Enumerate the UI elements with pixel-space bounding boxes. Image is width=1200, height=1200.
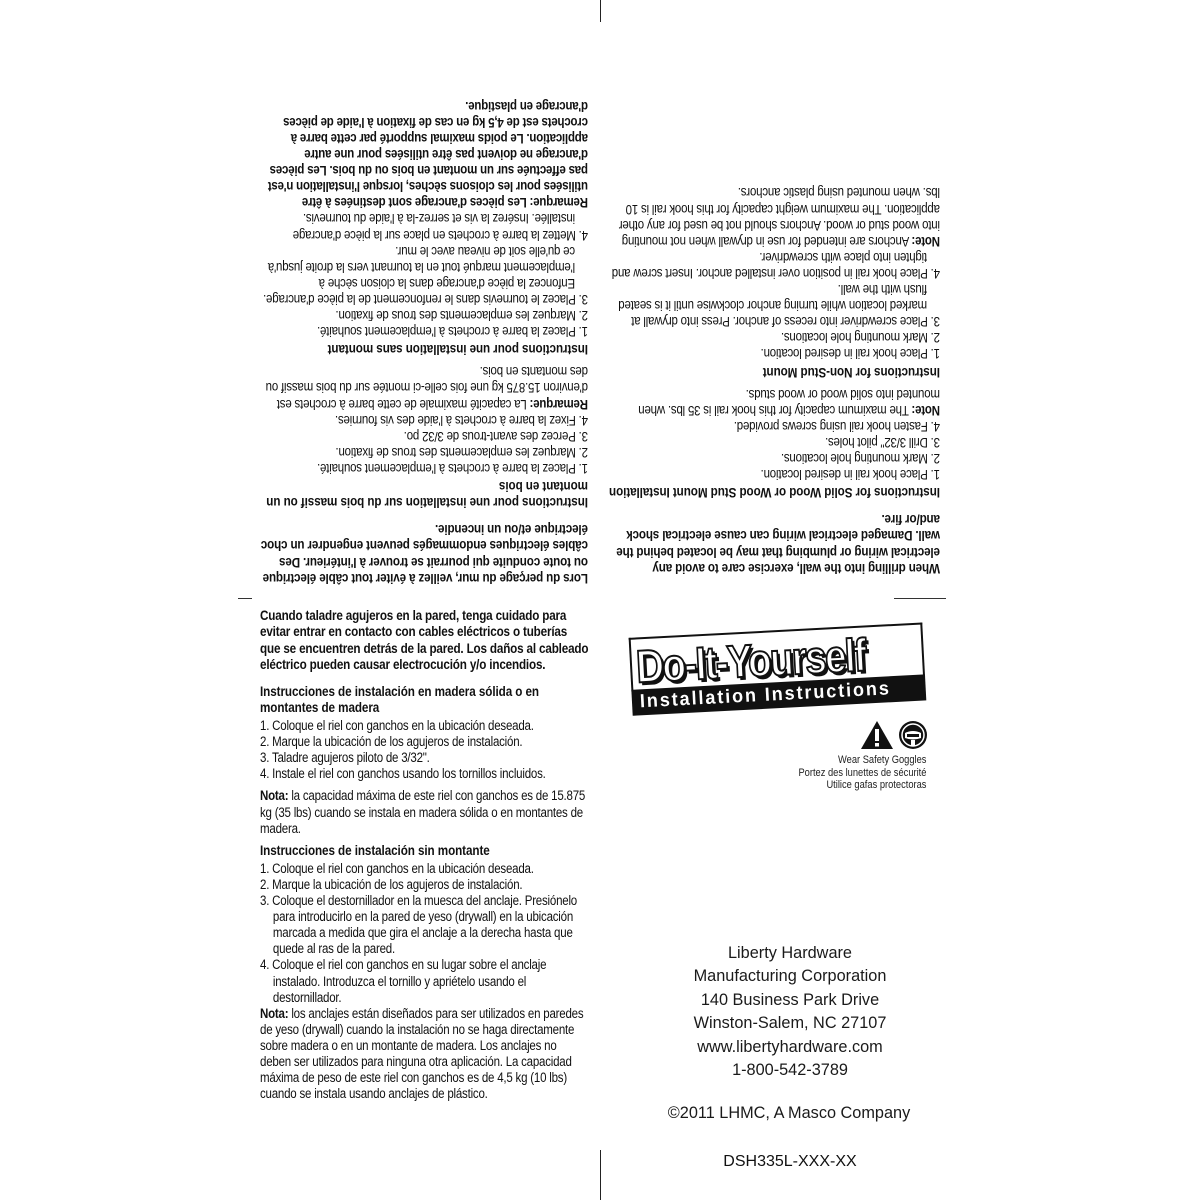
spanish-panel: Cuando taladre agujeros en la pared, ten…: [260, 608, 590, 1188]
french-warning: Lors du perçage du mur, veillez à éviter…: [259, 520, 588, 586]
english-solid-step: 2. Mark mounting hole locations.: [607, 450, 940, 466]
part-number: DSH335L-XXX-XX: [640, 1153, 940, 1171]
french-nonstud-step: 3. Placez le tournevis dans le renfoncem…: [259, 243, 588, 307]
copyright: ©2011 LHMC, A Masco Company: [628, 1104, 950, 1123]
fold-mark-bottom: [600, 1150, 601, 1200]
english-solid-note: Note: The maximum capacity for this hook…: [607, 386, 940, 418]
spanish-solid-note: Nota: la capacidad máxima de este riel c…: [260, 788, 589, 836]
company-name: Liberty Hardware: [640, 942, 940, 965]
english-panel: When drilling into the wall, exercise ca…: [606, 92, 940, 580]
spanish-nonstud-step: 3. Coloque el destornillador en la muesc…: [260, 893, 589, 957]
french-nonstud-step: 1. Placez la barre à crochets à l'emplac…: [259, 323, 588, 339]
company-city: Winston-Salem, NC 27107: [640, 1012, 940, 1035]
spanish-solid-step: 4. Instale el riel con ganchos usando lo…: [260, 766, 589, 782]
diy-logo: Do-It-Yourself Installation Instructions: [626, 610, 929, 721]
company-website: www.libertyhardware.com: [640, 1036, 940, 1059]
company-phone: 1-800-542-3789: [640, 1059, 940, 1082]
company-address: 140 Business Park Drive: [640, 989, 940, 1012]
safety-es: Utilice gafas protectoras: [798, 779, 926, 792]
fold-mark-right: [894, 598, 946, 599]
safety-icons: [858, 720, 928, 754]
french-solid-step: 4. Fixez la barre à crochets à l'aide de…: [259, 412, 588, 428]
spanish-solid-step: 2. Marque la ubicación de los agujeros d…: [260, 734, 589, 750]
safety-notice: Wear Safety Goggles Portez des lunettes …: [781, 754, 926, 792]
english-warning: When drilling into the wall, exercise ca…: [607, 510, 940, 576]
spanish-nonstud-note: Nota: los anclajes están diseñados para …: [260, 1006, 589, 1103]
french-solid-note: Remarque: La capacité maximale de cette …: [259, 363, 588, 411]
french-non-stud-heading: Instructions pour une installation sans …: [259, 341, 588, 357]
english-solid-step: 1. Place hook rail in desired location.: [607, 466, 940, 482]
spanish-non-stud-heading: Instrucciones de instalación sin montant…: [260, 843, 589, 859]
spanish-nonstud-step: 2. Marque la ubicación de los agujeros d…: [260, 877, 589, 893]
english-nonstud-step: 1. Place hook rail in desired location.: [607, 345, 940, 361]
french-solid-wood-heading: Instructions pour une installation sur d…: [259, 478, 588, 510]
fold-mark-left: [238, 598, 252, 599]
safety-goggles-icon: [898, 720, 928, 750]
spanish-solid-step: 3. Taladre agujeros piloto de 3/32".: [260, 750, 589, 766]
english-nonstud-note: Note: Anchors are intended for use in dr…: [607, 184, 940, 248]
french-nonstud-step: 2. Marquez les emplacements des trous de…: [259, 307, 588, 323]
spanish-solid-wood-heading: Instrucciones de instalación en madera s…: [260, 684, 589, 716]
french-solid-step: 3. Percez des avant-trous de 3/32 po.: [259, 428, 588, 444]
company-name-2: Manufacturing Corporation: [640, 965, 940, 988]
fold-mark-top: [600, 0, 601, 22]
instruction-sheet: Lors du perçage du mur, veillez à éviter…: [0, 0, 1200, 1200]
spanish-solid-step: 1. Coloque el riel con ganchos en la ubi…: [260, 718, 589, 734]
safety-en: Wear Safety Goggles: [798, 754, 926, 767]
french-nonstud-note: Remarque: Les pièces d'ancrage sont dest…: [259, 98, 588, 211]
english-non-stud-heading: Instructions for Non-Stud Mount: [607, 363, 940, 379]
french-solid-step: 2. Marquez les emplacements des trous de…: [259, 444, 588, 460]
safety-fr: Portez des lunettes de sécurité: [798, 767, 926, 780]
spanish-nonstud-step: 4. Coloque el riel con ganchos en su lug…: [260, 957, 589, 1005]
warning-triangle-icon: [860, 720, 894, 750]
company-info: Liberty Hardware Manufacturing Corporati…: [640, 942, 940, 1082]
french-solid-step: 1. Placez la barre à crochets à l'emplac…: [259, 460, 588, 476]
french-panel: Lors du perçage du mur, veillez à éviter…: [258, 10, 588, 590]
english-nonstud-step: 4. Place hook rail in position over inst…: [607, 249, 940, 281]
spanish-warning: Cuando taladre agujeros en la pared, ten…: [260, 608, 589, 674]
english-solid-step: 3. Drill 3/32" pilot holes.: [607, 434, 940, 450]
english-solid-step: 4. Fasten hook rail using screws provide…: [607, 418, 940, 434]
french-nonstud-step: 4. Mettez la barre à crochets en place s…: [259, 210, 588, 242]
english-solid-wood-heading: Instructions for Solid Wood or Wood Stud…: [607, 484, 940, 500]
english-nonstud-step: 3. Place screwdriver into recess of anch…: [607, 281, 940, 329]
spanish-nonstud-step: 1. Coloque el riel con ganchos en la ubi…: [260, 861, 589, 877]
english-nonstud-step: 2. Mark mounting hole locations.: [607, 329, 940, 345]
